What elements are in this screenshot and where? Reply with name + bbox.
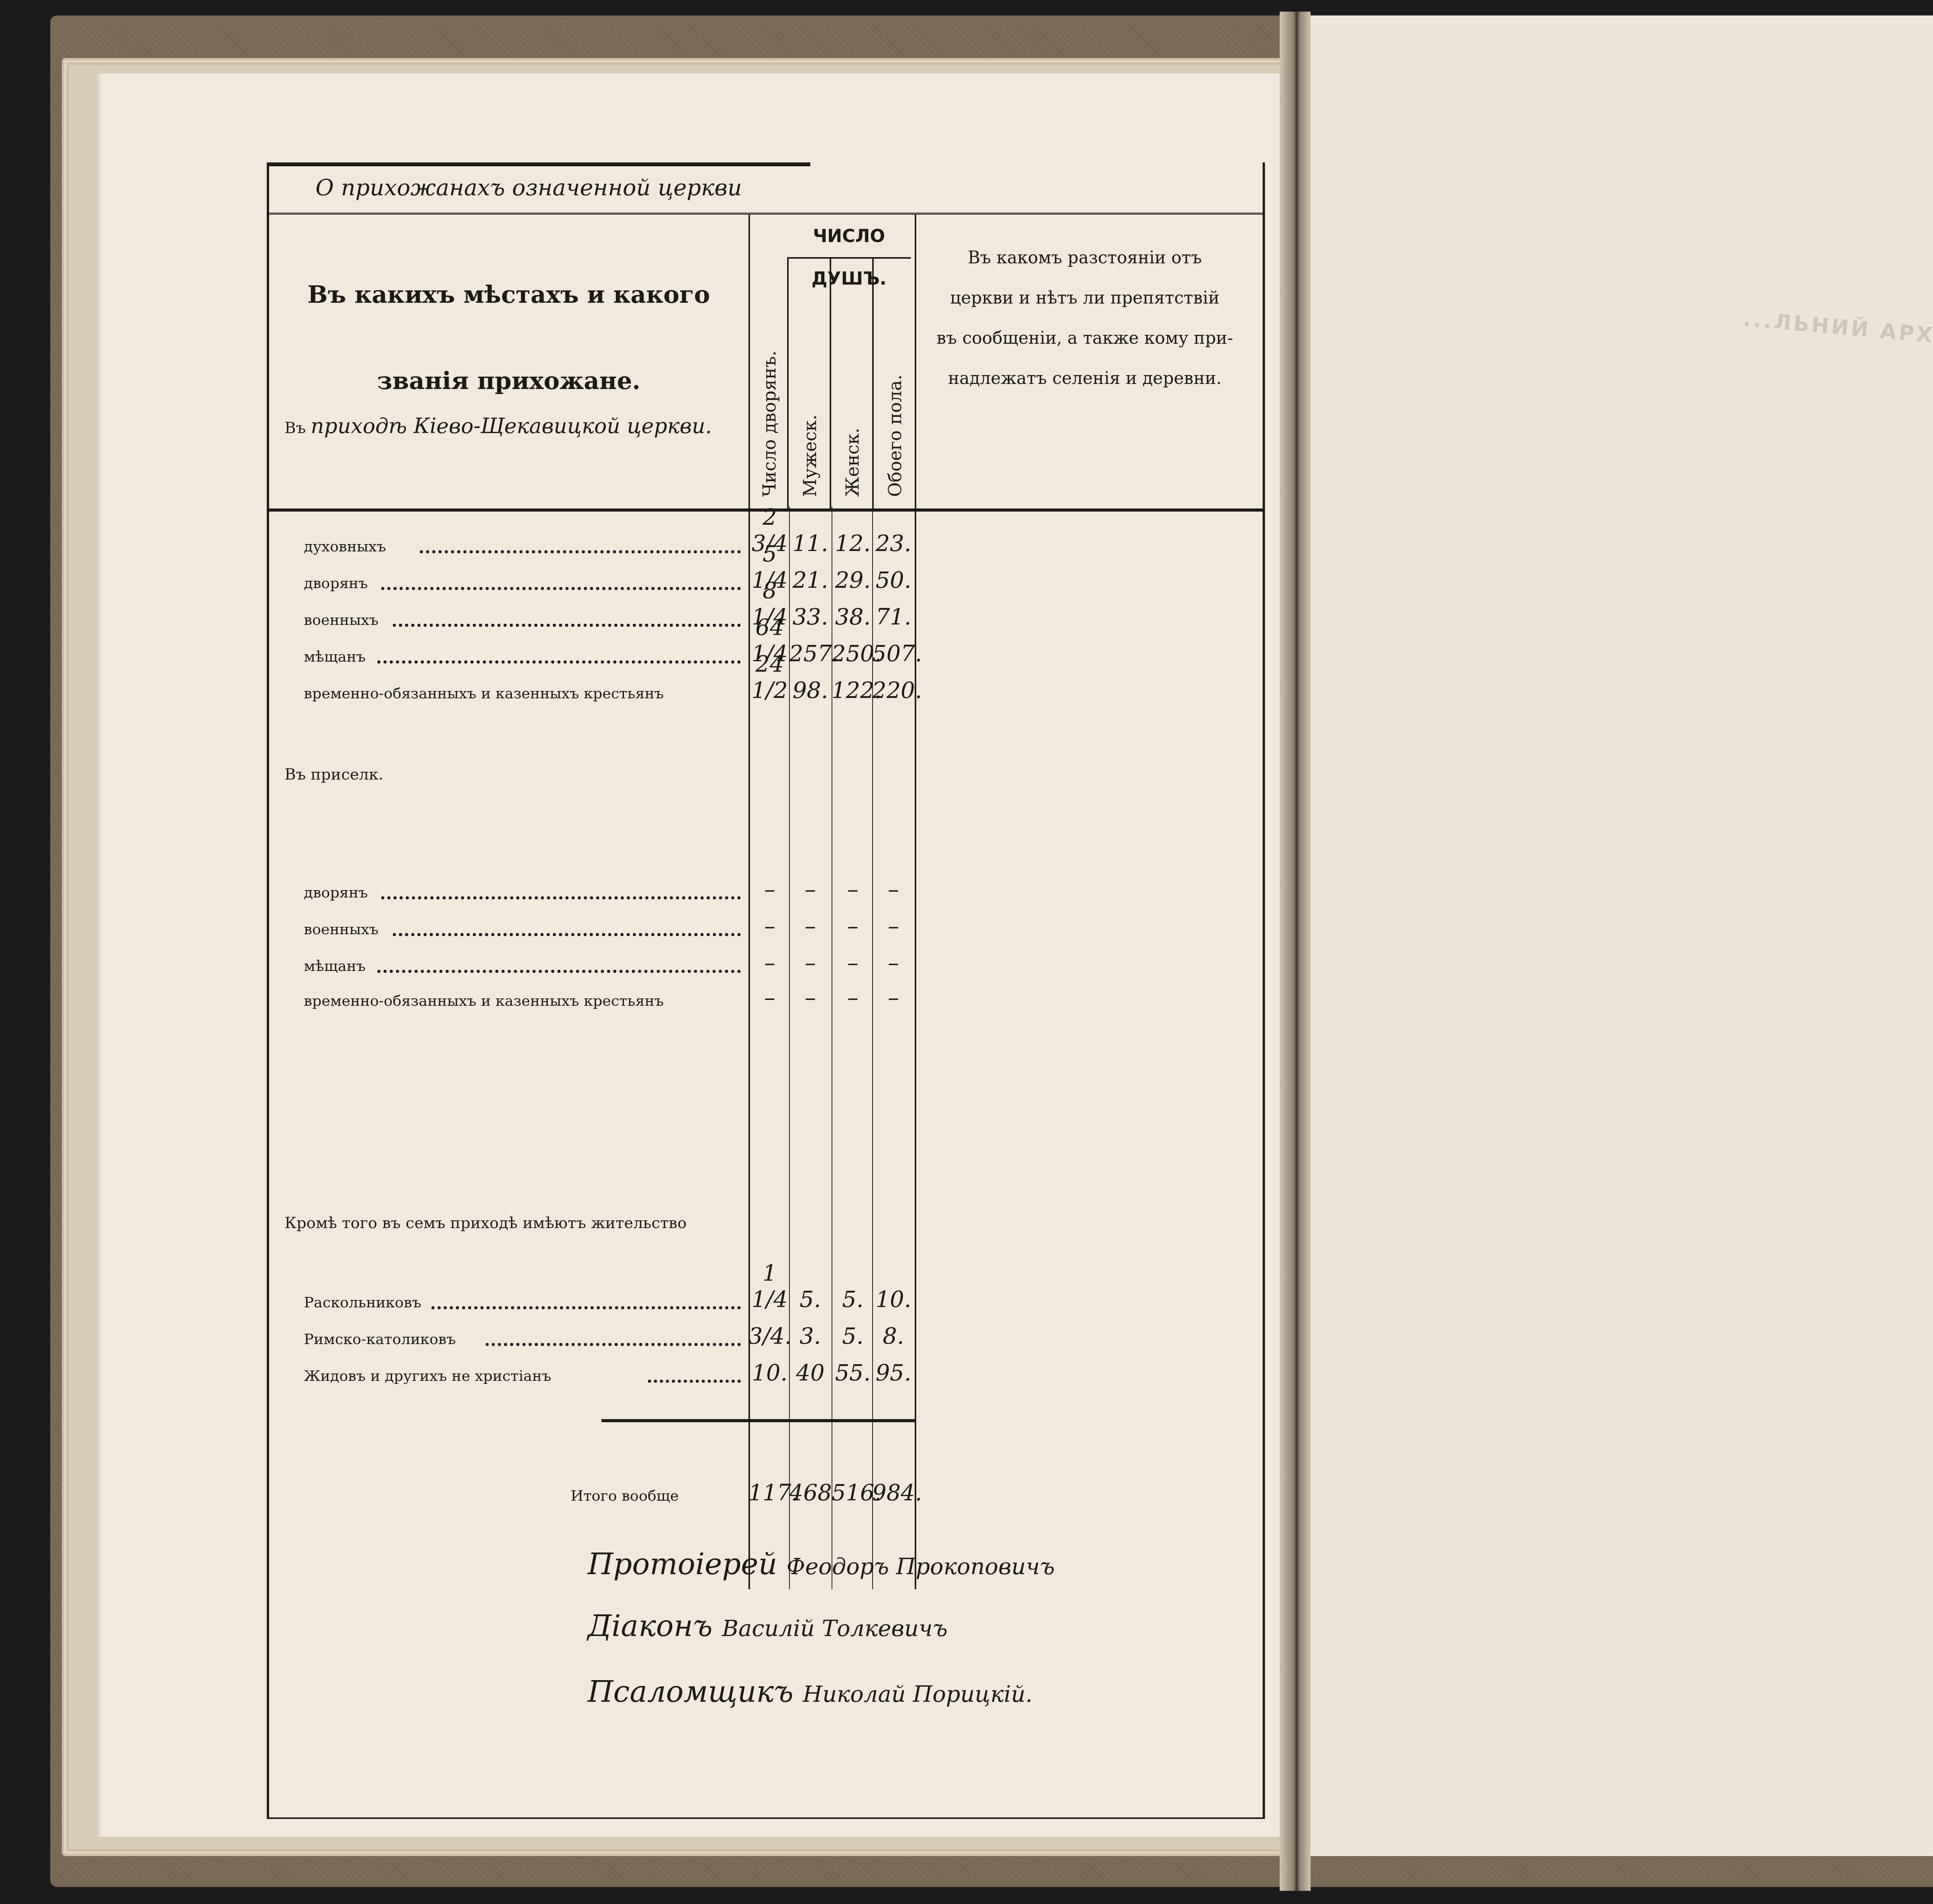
leader-dots xyxy=(648,1380,741,1383)
header-where-line2: званія прихожане. xyxy=(269,367,748,395)
header-where: Въ какихъ мѣстахъ и какого званія прихож… xyxy=(269,215,748,508)
right-page xyxy=(1311,15,1933,1856)
cell-male: – xyxy=(789,876,832,903)
col-line xyxy=(832,507,832,1589)
header-female: Женск. xyxy=(830,257,874,508)
cell-both: 50. xyxy=(872,567,915,593)
cell-both: 220. xyxy=(872,677,915,703)
signature-psalmist: Псаломщикъ Николай Порицкій. xyxy=(588,1674,1033,1709)
cell-female: 250. xyxy=(832,640,874,667)
header-male: Мужеск. xyxy=(787,257,831,508)
leader-dots xyxy=(431,1306,741,1309)
cell-households: 1 1/4 xyxy=(748,1260,791,1312)
col-line xyxy=(872,507,873,1589)
book-gutter xyxy=(1280,12,1311,1891)
table-row: Римско-католиковъ 3/4. 3. 5. 8. xyxy=(269,1317,1263,1351)
section-parish-label: Въ приходѣ Кіево-Щекавицкой церкви. xyxy=(285,414,712,438)
cell-female: 122. xyxy=(832,677,874,703)
cell-male: – xyxy=(789,984,832,1011)
form-title: О прихожанахъ означенной церкви xyxy=(269,162,810,214)
cell-male: 11. xyxy=(789,530,832,556)
header-households: Число дворянъ. xyxy=(748,215,789,508)
table-header: Въ какихъ мѣстахъ и какого званія прихож… xyxy=(269,213,1263,512)
cell-male: 257. xyxy=(789,640,832,667)
cell-households: – xyxy=(748,950,791,976)
cell-both: 8. xyxy=(872,1323,915,1349)
cell-female: 5. xyxy=(832,1323,874,1349)
section-hamlet-label: Въ приселк. xyxy=(285,766,384,783)
table-row: мѣщанъ – – – – xyxy=(269,943,1263,978)
cell-female: 29. xyxy=(832,567,874,593)
signature-archpriest: Протоіерей Феодоръ Прокоповичъ xyxy=(588,1547,1055,1581)
table-row: Раскольниковъ 1 1/4 5. 5. 10. xyxy=(269,1280,1263,1315)
header-both: Обоего пола. xyxy=(872,257,916,508)
table-row: военныхъ – – – – xyxy=(269,907,1263,942)
table-row: временно-обязанныхъ и казенныхъ крестьян… xyxy=(269,978,1263,1013)
cell-male: 5. xyxy=(789,1286,832,1312)
cell-both: 23. xyxy=(872,530,915,556)
leader-dots xyxy=(381,896,741,899)
cell-both: – xyxy=(872,984,915,1011)
table-row: дворянъ – – – – xyxy=(269,870,1263,905)
cell-both: 507. xyxy=(872,640,915,667)
total-male: 468 xyxy=(789,1479,832,1506)
sum-divider xyxy=(602,1419,915,1422)
total-row: Итого вообще 117. 468 516. 984. xyxy=(269,1473,1263,1508)
cell-female: 12. xyxy=(832,530,874,556)
leader-dots xyxy=(377,970,741,973)
cell-households: 24 1/2 xyxy=(748,651,791,703)
leader-dots xyxy=(381,587,741,590)
total-households: 117. xyxy=(748,1479,791,1506)
cell-female: – xyxy=(832,876,874,903)
leader-dots xyxy=(486,1343,741,1346)
cell-households: 10. xyxy=(748,1360,791,1386)
cell-households: 3/4. xyxy=(748,1323,791,1349)
cell-male: 3. xyxy=(789,1323,832,1349)
cell-male: 33. xyxy=(789,604,832,630)
cell-female: 5. xyxy=(832,1286,874,1312)
leader-dots xyxy=(377,660,741,664)
cell-both: 71. xyxy=(872,604,915,630)
cell-female: – xyxy=(832,984,874,1011)
leader-dots xyxy=(393,933,741,936)
cell-male: – xyxy=(789,913,832,939)
cell-female: 38. xyxy=(832,604,874,630)
signature-deacon: Діаконъ Василій Толкевичъ xyxy=(588,1609,948,1643)
cell-male: 21. xyxy=(789,567,832,593)
cell-both: – xyxy=(872,876,915,903)
cell-households: – xyxy=(748,984,791,1011)
cell-both: 95. xyxy=(872,1360,915,1386)
total-female: 516. xyxy=(832,1479,874,1506)
cell-both: – xyxy=(872,950,915,976)
col-line xyxy=(915,507,916,1589)
cell-both: 10. xyxy=(872,1286,915,1312)
header-where-line1: Въ какихъ мѣстахъ и какого xyxy=(269,280,748,309)
header-souls: ЧИСЛО ДУШЪ. xyxy=(787,215,911,259)
cell-female: – xyxy=(832,950,874,976)
header-distance: Въ какомъ разстояніи отъ церкви и нѣтъ л… xyxy=(915,238,1255,399)
leader-dots xyxy=(393,624,741,627)
cell-female: – xyxy=(832,913,874,939)
table-row: Жидовъ и другихъ не христіанъ 10. 40 55.… xyxy=(269,1353,1263,1388)
leader-dots xyxy=(420,550,741,553)
cell-male: – xyxy=(789,950,832,976)
cell-households: – xyxy=(748,876,791,903)
cell-male: 98. xyxy=(789,677,832,703)
section-other-label: Кромѣ того въ семъ приходѣ имѣютъ житель… xyxy=(285,1214,687,1232)
cell-both: – xyxy=(872,913,915,939)
total-both: 984. xyxy=(872,1479,915,1506)
cell-female: 55. xyxy=(832,1360,874,1386)
cell-households: – xyxy=(748,913,791,939)
cell-male: 40 xyxy=(789,1360,832,1386)
table-row: временно-обязанныхъ и казенныхъ крестьян… xyxy=(269,671,1263,706)
